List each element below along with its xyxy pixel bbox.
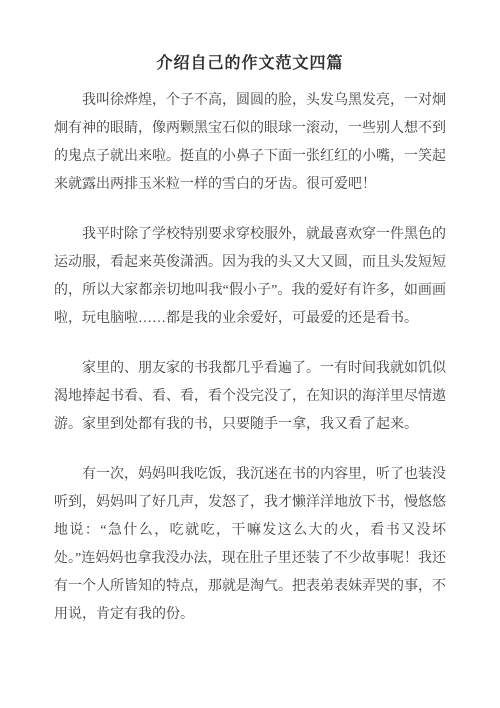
paragraph-reading-books: 家里的、朋友家的书我都几乎看遍了。一有时间我就如饥似渴地捧起书看、看、看，看个没… [54, 355, 446, 439]
document-title: 介绍自己的作文范文四篇 [54, 50, 446, 78]
document-page: 介绍自己的作文范文四篇 我叫徐烨煌，个子不高，圆圆的脸，头发乌黑发亮，一对炯炯有… [0, 0, 500, 708]
paragraph-clothing-hobbies: 我平时除了学校特别要求穿校服外，就最喜欢穿一件黑色的运动服，看起来英俊潇洒。因为… [54, 221, 446, 333]
paragraph-story-mischief: 有一次，妈妈叫我吃饭，我沉迷在书的内容里，听了也装没听到，妈妈叫了好几声，发怒了… [54, 461, 446, 629]
paragraph-intro-appearance: 我叫徐烨煌，个子不高，圆圆的脸，头发乌黑发亮，一对炯炯有神的眼睛，像两颗黑宝石似… [54, 87, 446, 199]
